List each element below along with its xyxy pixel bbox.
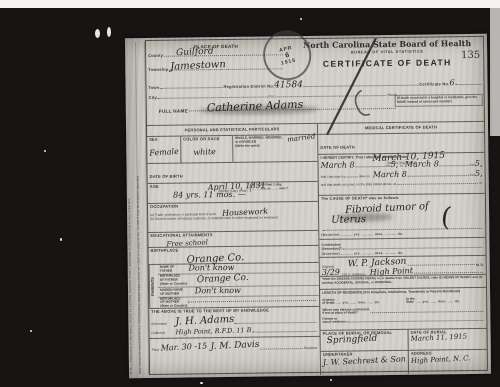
residence-former-label: Former or usual residence: [322, 317, 346, 325]
residence-at-blanks: .... yrs. ..... mos. ..... ds.: [337, 300, 405, 305]
residence-state-blanks: .... yrs. ..... mos. ..... ds.: [417, 299, 485, 304]
filed-row: Filed Mar. 30 -15 J. M. Davis Registrar.: [150, 336, 320, 354]
town-label: Town: [149, 86, 160, 91]
informant-address-line: [252, 329, 316, 332]
certificate-no-value: 6: [449, 79, 454, 87]
personal-column: PERSONAL AND STATISTICAL PARTICULARS SEX…: [147, 123, 321, 377]
attestation-block: THE ABOVE IS TRUE TO THE BEST OF MY KNOW…: [149, 306, 319, 338]
age-field: AGE 84 yrs. 11 mos. — IF LESS than 1 day…: [148, 181, 318, 203]
scanned-page: N. B.— Every item of information should …: [0, 0, 500, 387]
county-label: County: [148, 54, 163, 59]
page-number: 135: [461, 50, 480, 61]
district-line: [304, 84, 418, 87]
county-value: Guilford: [176, 47, 214, 58]
undertaker-value: J. W. Sechrest & Son: [323, 355, 406, 367]
md-label: M. D.: [476, 263, 484, 267]
signature-line: [407, 263, 475, 266]
age-value: 84 yrs. 11 mos. —: [173, 191, 246, 200]
contributory-label: Contributory (Secondary)?: [321, 244, 341, 252]
town-field: Town Registration District No. 41584 Cer…: [148, 78, 482, 91]
certificate-header: APR 6 1915 PLACE OF DEATH County Guilfor…: [146, 37, 484, 125]
sex-field: SEX Female: [147, 137, 181, 163]
date-of-death-field: DATE OF DEATH March 10, 1915 (Month) (Da…: [318, 132, 484, 154]
dob-label: DATE OF BIRTH: [150, 174, 183, 179]
residence-state-label: In the State: [406, 297, 415, 305]
scan-speck: [300, 18, 302, 20]
father-birthplace-value: Orange Co.: [197, 274, 249, 285]
date-of-death-label: DATE OF DEATH: [320, 144, 355, 149]
registration-district-label: Registration District No.: [223, 85, 274, 90]
attended-from-line: [356, 165, 385, 167]
color-value: white: [193, 147, 230, 157]
birthplace-field: BIRTHPLACE Orange Co.: [148, 245, 318, 264]
bureau-name: BUREAU OF VITAL STATISTICS: [292, 49, 482, 56]
scan-speck: [30, 330, 32, 332]
certificate-body: PERSONAL AND STATISTICAL PARTICULARS SEX…: [147, 121, 487, 377]
fullname-label: FULL NAME: [159, 108, 188, 113]
death-certificate: N. B.— Every item of information should …: [125, 34, 491, 378]
scan-right-band: [490, 8, 500, 136]
cause-of-death-block: The CAUSE OF DEATH* was as follows: ( Fi…: [319, 193, 485, 238]
occupation-field: OCCUPATION (a) Trade, profession, or par…: [148, 201, 318, 232]
attended-from-year: 5,: [391, 161, 399, 169]
father-name-label: NAME OF FATHER: [160, 266, 175, 274]
signature-block: (Signed) W. P. Jackson M. D. 3/29 191 5 …: [320, 255, 486, 276]
informant-line: [235, 320, 317, 323]
occupation-a-value: Housework: [222, 207, 268, 217]
parents-label: PARENTS: [149, 265, 159, 308]
father-birthplace-label: BIRTHPLACE OF FATHER (State or Country): [160, 274, 187, 286]
last-saw-label: that I last saw h: [321, 176, 343, 180]
to-word: to: [400, 165, 403, 169]
residence-where-label: Where was disease contracted, if not at …: [322, 308, 369, 316]
scan-speck: [95, 29, 100, 38]
contributory-line: [343, 245, 483, 249]
last-saw-value: March 8: [373, 171, 407, 179]
certificate-no-line: [456, 83, 482, 85]
city-line: [158, 95, 267, 98]
last-saw-year: 5,: [475, 170, 483, 178]
filed-date-value: Mar. 30 -15: [160, 342, 207, 352]
attended-to-line: [440, 164, 469, 166]
registrar-line: [260, 347, 303, 350]
residence-at-label: At place of death: [322, 298, 334, 306]
last-saw-line2: [408, 174, 469, 177]
sex-label: SEX: [149, 138, 178, 143]
informant-label: (Informant): [151, 322, 167, 326]
residence-where-line: [371, 310, 484, 313]
scan-speck: [44, 150, 46, 152]
attended-to-value: March 8: [405, 161, 439, 169]
city-label: City: [149, 96, 157, 101]
burial-place-field: PLACE OF BURIAL OR REMOVAL Springfield: [321, 329, 408, 351]
certificate-form: APR 6 1915 PLACE OF DEATH County Guilfor…: [145, 36, 488, 375]
fullname-field: FULL NAME Catherine Adams: [159, 106, 397, 114]
medical-column: MEDICAL CERTIFICATE OF DEATH DATE OF DEA…: [318, 121, 487, 375]
masthead: North Carolina State Board of Health BUR…: [292, 38, 482, 69]
undertaker-row: UNDERTAKER J. W. Sechrest & Son ADDRESS …: [321, 349, 487, 375]
scan-speck: [60, 238, 62, 241]
certificate-title: CERTIFICATE OF DEATH: [292, 56, 482, 68]
death-occurred-label: and that death occurred, on the date sta…: [321, 183, 396, 188]
attended-to-year: 5,: [475, 160, 483, 168]
residence-block: LENGTH OF RESIDENCE (For Hospitals, Inst…: [320, 287, 486, 329]
certificate-no-label: Certificate No.: [419, 83, 449, 88]
death-occurred-line: [397, 182, 478, 185]
scan-speck: [107, 27, 111, 37]
stamp-year: 1915: [281, 57, 297, 66]
color-field: COLOR OR RACE white: [181, 136, 233, 163]
town-line: [160, 86, 222, 89]
scan-top-band: [0, 0, 500, 8]
registrar-label: Registrar.: [304, 347, 318, 351]
contributory-block: Contributory (Secondary)? (Duration) ...…: [319, 236, 485, 257]
last-saw-line1: [344, 176, 358, 178]
attendance-block: I HEREBY CERTIFY, That I attended deceas…: [318, 152, 484, 195]
informant-address-label: (Address): [152, 332, 166, 336]
sex-value: Female: [149, 147, 178, 157]
hospital-note: (If death occurred in a hospital or inst…: [395, 94, 483, 107]
undertaker-field: UNDERTAKER J. W. Sechrest & Son: [321, 351, 408, 375]
township-field: Township Jamestown: [148, 66, 284, 72]
street-line: [277, 94, 386, 97]
age-label: AGE: [150, 185, 159, 190]
burial-place-value: Springfield: [327, 334, 406, 347]
burial-row: PLACE OF BURIAL OR REMOVAL Springfield D…: [321, 327, 487, 351]
residence-former-line: [348, 319, 484, 323]
dob-field: DATE OF BIRTH April 10, 1831 (Month) (Da…: [147, 161, 317, 183]
mother-name-value: Don't know: [195, 286, 241, 295]
alive-on-label: alive on: [359, 176, 370, 180]
footnote-text: *State the DISEASE CAUSING DEATH, or, in…: [322, 276, 484, 285]
color-label: COLOR OR RACE: [183, 137, 230, 142]
sex-color-marital-row: SEX Female COLOR OR RACE white SINGLE, M…: [147, 134, 317, 163]
scan-speck: [200, 382, 203, 384]
mother-birthplace-line: [188, 299, 316, 303]
parents-block: PARENTS NAME OF FATHER Don't know BIRTHP…: [149, 262, 320, 308]
received-date-stamp: APR 6 1915: [258, 26, 316, 85]
informant-address-value: High Point, R.F.D. 11 B: [175, 327, 251, 336]
filed-label: Filed: [152, 349, 159, 353]
attended-from-value: March 8: [320, 162, 354, 170]
township-label: Township: [148, 68, 168, 73]
age-less-note: IF LESS than 1 day, ____ hrs. or ____ mi…: [250, 183, 288, 191]
township-value: Jamestown: [170, 60, 226, 73]
undertaker-address-value: High Point, N. C.: [411, 354, 485, 364]
occurred-m-label: m.: [479, 182, 483, 186]
registrar-signature: J. M. Davis: [210, 341, 259, 352]
burial-date-field: DATE OF BURIAL March 11, 1915: [408, 328, 487, 350]
marital-field: SINGLE, MARRIED, WIDOWED, or DIVORCED (W…: [233, 135, 317, 162]
scan-speck: [330, 379, 332, 381]
cause-duration-line: (Duration) .......... yrs. .......... mo…: [321, 230, 483, 236]
burial-date-value: March 11, 1915: [410, 333, 484, 343]
fullname-value: Catherine Adams: [207, 99, 304, 114]
registration-district-value: 41584: [274, 81, 303, 90]
undertaker-address-field: ADDRESS High Point, N. C.: [408, 350, 487, 374]
